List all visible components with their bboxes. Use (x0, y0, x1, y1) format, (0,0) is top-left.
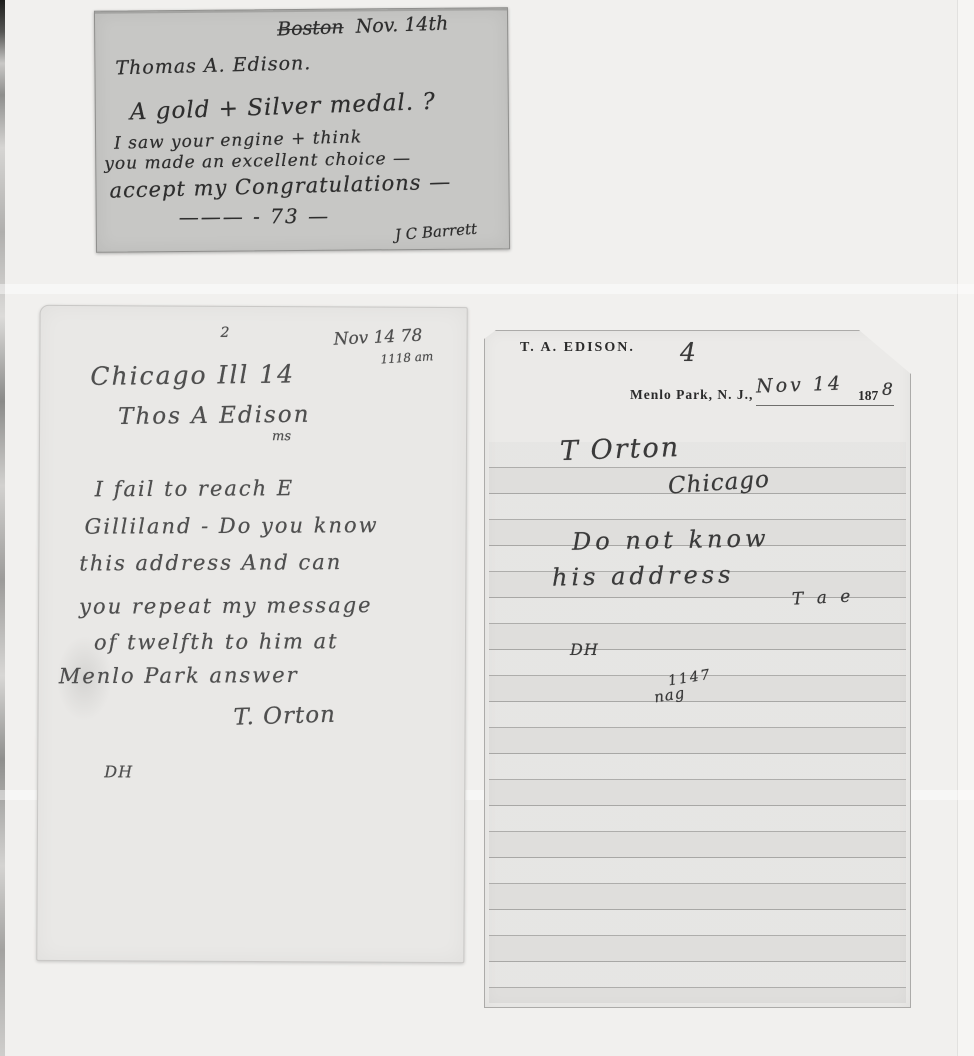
telegram-addressee: Thos A Edison (118, 402, 311, 430)
telegram-body-line: Menlo Park answer (59, 663, 299, 688)
card-note: Boston Nov. 14th Thomas A. Edison. A gol… (94, 7, 510, 253)
telegram-page-number: 2 (221, 325, 230, 341)
telegram-operator-initials: DH (104, 762, 133, 781)
card-body-line: A gold + Silver medal. ? (129, 89, 436, 126)
card-dateline-place: Boston (277, 16, 344, 40)
card-signature: J C Barrett (394, 220, 477, 244)
telegram-chicago: 2 Nov 14 78 1118 am Chicago Ill 14 Thos … (36, 305, 467, 963)
card-number-73: ——— - 73 — (179, 204, 330, 229)
telegram-signature: T. Orton (233, 702, 336, 731)
telegram-body-line: you repeat my message (79, 593, 373, 619)
form-notation: DH (570, 640, 599, 659)
form-date-handwritten: Nov 14 (756, 372, 844, 397)
telegram-time: 1118 am (380, 349, 434, 366)
scan-band (0, 284, 974, 294)
form-body-line: his address (552, 560, 735, 591)
form-year-handwritten: 8 (882, 380, 893, 400)
form-letterhead: T. A. EDISON. (520, 340, 635, 356)
telegram-body-line: this address And can (79, 550, 342, 575)
scan-right-margin (957, 0, 974, 1056)
scan-page: Boston Nov. 14th Thomas A. Edison. A gol… (0, 0, 974, 1056)
form-date-rule (756, 405, 894, 406)
card-body-line: you made an excellent choice — (104, 149, 411, 174)
telegram-body-line: I fail to reach E (95, 476, 295, 501)
card-dateline: Boston Nov. 14th (277, 12, 449, 40)
telegram-origin: Chicago Ill 14 (90, 359, 295, 390)
card-body-line: accept my Congratulations — (109, 170, 451, 203)
card-salutation: Thomas A. Edison. (115, 52, 311, 79)
form-body-line: Do not know (572, 524, 770, 555)
form-page-number: 4 (680, 338, 696, 367)
form-signature-tae: T a e (792, 586, 855, 609)
telegram-body-line: of twelfth to him at (94, 629, 339, 654)
edison-reply-form: T. A. EDISON. 4 Menlo Park, N. J., Nov 1… (484, 330, 911, 1008)
telegram-date: Nov 14 78 (333, 326, 423, 350)
scanner-edge-artifact (0, 0, 5, 1056)
telegram-body-line: Gilliland - Do you know (85, 513, 379, 539)
telegram-addressee-note: ms (272, 429, 291, 444)
form-addressee: T Orton (559, 432, 680, 467)
form-place-label: Menlo Park, N. J., (630, 387, 753, 403)
form-year-printed: 187 (858, 388, 878, 404)
card-dateline-date: Nov. 14th (355, 12, 448, 37)
